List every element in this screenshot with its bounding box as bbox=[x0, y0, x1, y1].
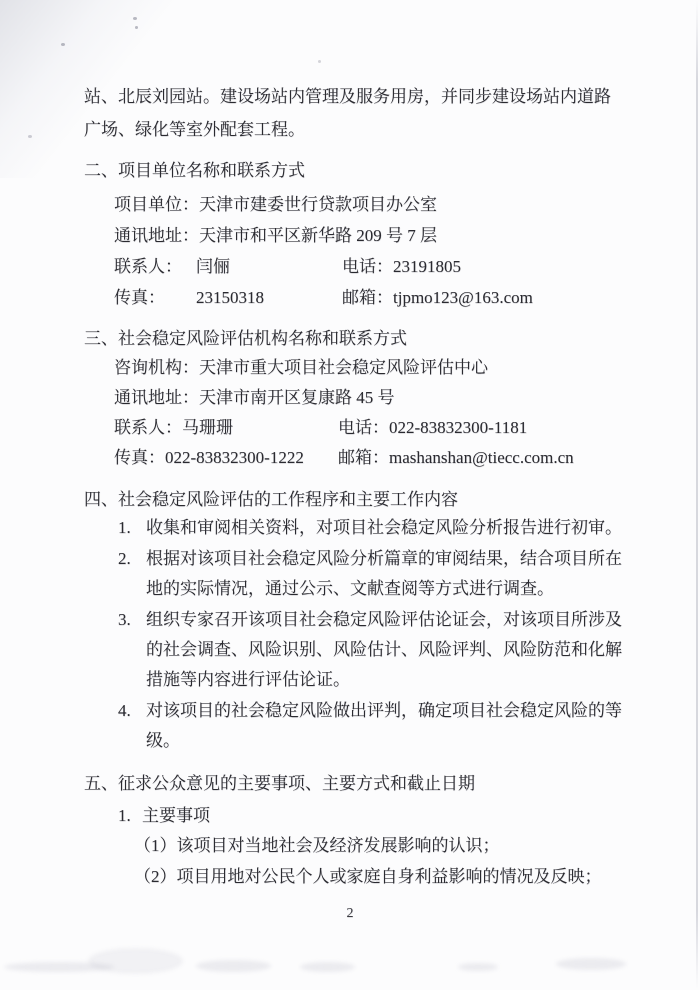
field-row: 传真：23150318 邮箱：tjpmo123@163.com bbox=[114, 282, 636, 313]
scan-smudge bbox=[458, 963, 498, 971]
field-value: tjpmo123@163.com bbox=[393, 288, 533, 307]
field-label: 联系人： bbox=[114, 251, 196, 282]
scan-smudge bbox=[300, 962, 355, 972]
field-label: 电话： bbox=[338, 418, 389, 437]
field-value: 闫俪 bbox=[196, 257, 230, 276]
field-value: 马珊珊 bbox=[182, 418, 233, 437]
field-row: 联系人：马珊珊 电话：022-83832300-1181 bbox=[114, 413, 636, 443]
section-heading-procedure: 四、社会稳定风险评估的工作程序和主要工作内容 bbox=[84, 487, 458, 513]
page-number: 2 bbox=[0, 906, 700, 922]
field-value: 天津市建委世行贷款项目办公室 bbox=[199, 195, 437, 214]
field-value: mashanshan@tiecc.com.cn bbox=[389, 448, 574, 467]
scan-speck bbox=[135, 26, 138, 29]
scan-smudge bbox=[196, 960, 271, 972]
list-item-line: 根据对该项目社会稳定风险分析篇章的审阅结果，结合项目所在 bbox=[146, 544, 660, 574]
list-item-number: 2. bbox=[118, 544, 131, 574]
field-label: 咨询机构： bbox=[114, 358, 199, 377]
list-item-line: 的社会调查、风险识别、风险估计、风险评判、风险防范和化解 bbox=[146, 635, 660, 665]
field-label: 联系人： bbox=[114, 418, 182, 437]
field-value: 022-83832300-1181 bbox=[389, 418, 527, 437]
field-pair: 电话：022-83832300-1181 bbox=[338, 413, 527, 443]
scan-speck bbox=[61, 43, 65, 46]
procedure-item-4: 4. 对该项目的社会稳定风险做出评判，确定项目社会稳定风险的等 级。 bbox=[118, 696, 660, 756]
field-value: 天津市重大项目社会稳定风险评估中心 bbox=[199, 358, 488, 377]
scan-speck bbox=[133, 17, 137, 20]
field-value: 23150318 bbox=[196, 288, 264, 307]
list-item-number: 4. bbox=[118, 696, 131, 726]
field-pair: 邮箱：mashanshan@tiecc.com.cn bbox=[338, 443, 574, 473]
scan-speck bbox=[28, 135, 32, 138]
scan-smudge bbox=[88, 948, 183, 974]
field-value: 23191805 bbox=[393, 257, 461, 276]
field-label: 电话： bbox=[342, 257, 393, 276]
field-label: 传真： bbox=[114, 448, 165, 467]
list-item-line: 措施等内容进行评估论证。 bbox=[146, 665, 660, 695]
field-value: 天津市和平区新华路 209 号 7 层 bbox=[199, 226, 437, 245]
field-row: 通讯地址：天津市南开区复康路 45 号 bbox=[114, 383, 636, 413]
field-label: 邮箱： bbox=[338, 448, 389, 467]
list-item-number: 3. bbox=[118, 605, 131, 635]
field-label: 传真： bbox=[114, 282, 196, 313]
field-row: 咨询机构：天津市重大项目社会稳定风险评估中心 bbox=[114, 353, 636, 383]
field-label: 通讯地址： bbox=[114, 226, 199, 245]
list-item-line: 地的实际情况，通过公示、文献查阅等方式进行调查。 bbox=[146, 574, 660, 604]
opinion-subitem-2: （2）项目用地对公民个人或家庭自身利益影响的情况及反映； bbox=[134, 862, 634, 892]
unit-contact-fields: 项目单位：天津市建委世行贷款项目办公室 通讯地址：天津市和平区新华路 209 号… bbox=[114, 189, 636, 313]
section-heading-unit: 二、项目单位名称和联系方式 bbox=[84, 158, 305, 184]
procedure-item-2: 2. 根据对该项目社会稳定风险分析篇章的审阅结果，结合项目所在 地的实际情况，通… bbox=[118, 544, 660, 604]
list-item-line: 组织专家召开该项目社会稳定风险评估论证会，对该项目所涉及 bbox=[146, 605, 660, 635]
field-label: 通讯地址： bbox=[114, 388, 199, 407]
field-pair: 电话：23191805 bbox=[342, 251, 461, 282]
procedure-item-3: 3. 组织专家召开该项目社会稳定风险评估论证会，对该项目所涉及 的社会调查、风险… bbox=[118, 605, 660, 695]
field-label: 项目单位： bbox=[114, 195, 199, 214]
list-item-number: 1. bbox=[118, 801, 131, 831]
field-row: 传真：022-83832300-1222 邮箱：mashanshan@tiecc… bbox=[114, 443, 636, 473]
intro-line: 广场、绿化等室外配套工程。 bbox=[84, 113, 632, 146]
scanned-document-page: 站、北辰刘园站。建设场站内管理及服务用房，并同步建设场站内道路 广场、绿化等室外… bbox=[0, 0, 700, 990]
field-row: 通讯地址：天津市和平区新华路 209 号 7 层 bbox=[114, 220, 636, 251]
field-row: 联系人：闫俪 电话：23191805 bbox=[114, 251, 636, 282]
opinion-item-1: 1. 主要事项 bbox=[118, 801, 656, 831]
list-item-line: 对该项目的社会稳定风险做出评判，确定项目社会稳定风险的等 bbox=[146, 696, 660, 726]
opinion-subitem-1: （1）该项目对当地社会及经济发展影响的认识； bbox=[134, 831, 634, 861]
intro-line: 站、北辰刘园站。建设场站内管理及服务用房，并同步建设场站内道路 bbox=[84, 80, 632, 113]
field-value: 022-83832300-1222 bbox=[165, 448, 304, 467]
section-heading-opinion: 五、征求公众意见的主要事项、主要方式和截止日期 bbox=[84, 771, 475, 797]
procedure-item-1: 1. 收集和审阅相关资料，对项目社会稳定风险分析报告进行初审。 bbox=[118, 513, 660, 543]
scan-speck bbox=[318, 60, 321, 63]
scan-edge-line bbox=[696, 0, 698, 990]
list-item-line: 级。 bbox=[146, 726, 660, 756]
field-row: 项目单位：天津市建委世行贷款项目办公室 bbox=[114, 189, 636, 220]
intro-paragraph: 站、北辰刘园站。建设场站内管理及服务用房，并同步建设场站内道路 广场、绿化等室外… bbox=[84, 80, 632, 146]
field-label: 邮箱： bbox=[342, 288, 393, 307]
field-pair: 邮箱：tjpmo123@163.com bbox=[342, 282, 533, 313]
list-item-line: 收集和审阅相关资料，对项目社会稳定风险分析报告进行初审。 bbox=[146, 513, 660, 543]
section-heading-agency: 三、社会稳定风险评估机构名称和联系方式 bbox=[84, 326, 407, 352]
scan-smudge bbox=[556, 958, 626, 970]
list-item-line: 主要事项 bbox=[142, 801, 656, 831]
field-value: 天津市南开区复康路 45 号 bbox=[199, 388, 395, 407]
agency-contact-fields: 咨询机构：天津市重大项目社会稳定风险评估中心 通讯地址：天津市南开区复康路 45… bbox=[114, 353, 636, 473]
list-item-number: 1. bbox=[118, 513, 131, 543]
